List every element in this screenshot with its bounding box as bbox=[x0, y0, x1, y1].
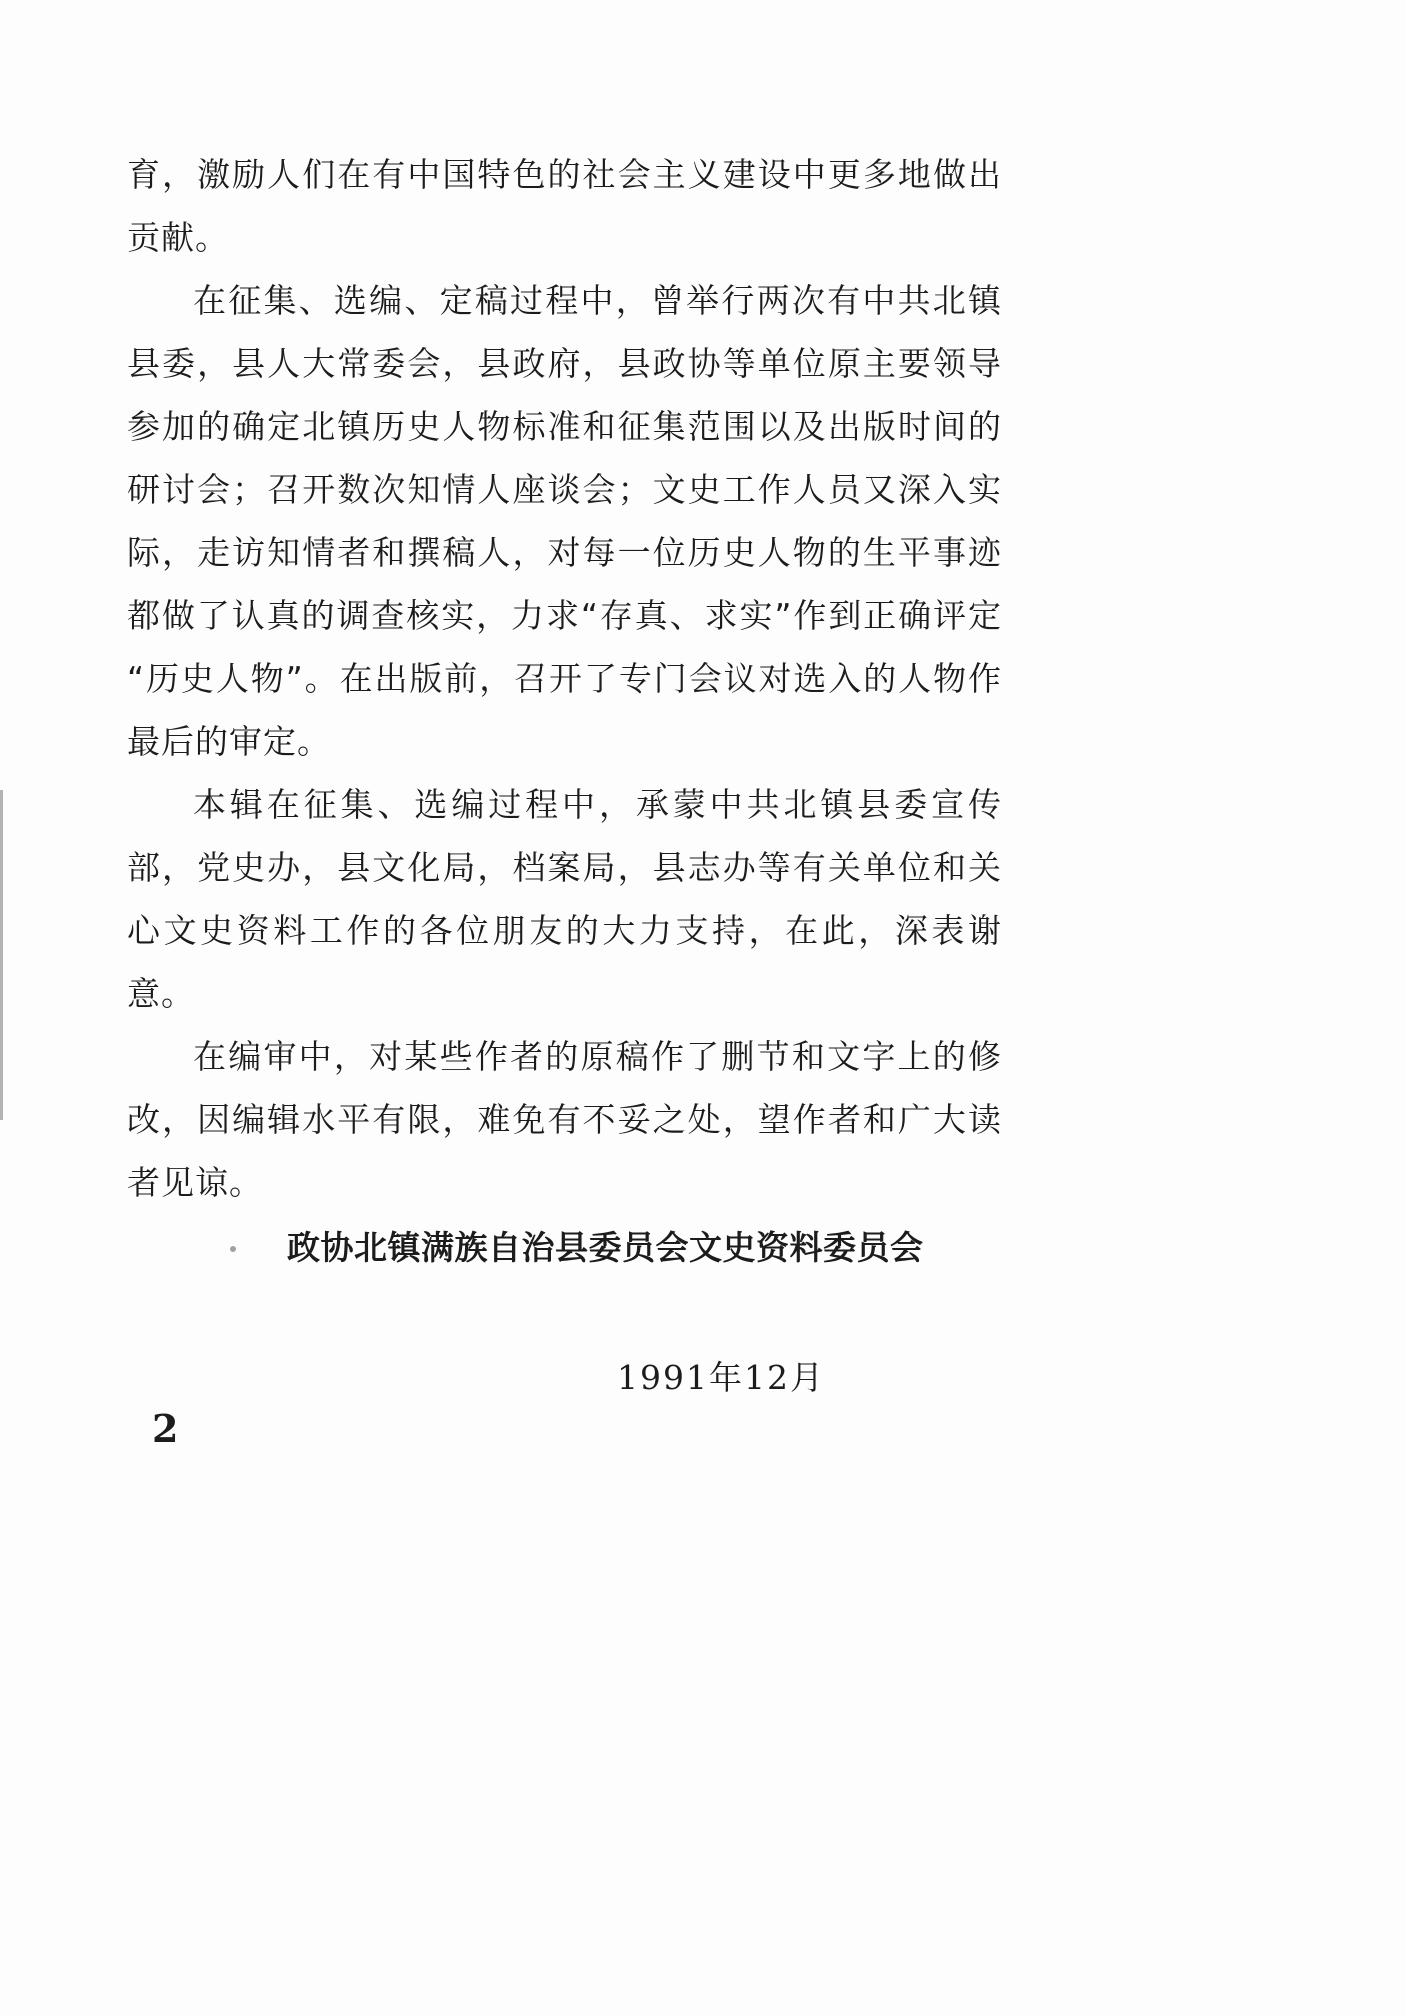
scanned-document-page: 育，激励人们在有中国特色的社会主义建设中更多地做出贡献。 在征集、选编、定稿过程… bbox=[0, 0, 1405, 2016]
paragraph-editing-process: 在征集、选编、定稿过程中，曾举行两次有中共北镇县委，县人大常委会，县政府，县政协… bbox=[127, 269, 1002, 773]
scan-edge-artifact bbox=[0, 790, 3, 1120]
scan-speck-artifact bbox=[230, 1246, 236, 1252]
body-text: 育，激励人们在有中国特色的社会主义建设中更多地做出贡献。 在征集、选编、定稿过程… bbox=[127, 143, 1002, 1214]
page-number: 2 bbox=[152, 1408, 178, 1450]
publication-date: 1991年12月 bbox=[617, 1358, 825, 1398]
paragraph-acknowledgements: 本辑在征集、选编过程中，承蒙中共北镇县委宣传部，党史办，县文化局，档案局，县志办… bbox=[127, 773, 1002, 1025]
paragraph-continuation: 育，激励人们在有中国特色的社会主义建设中更多地做出贡献。 bbox=[127, 143, 1002, 269]
paragraph-apology: 在编审中，对某些作者的原稿作了删节和文字上的修改，因编辑水平有限，难免有不妥之处… bbox=[127, 1025, 1002, 1214]
committee-signature: 政协北镇满族自治县委员会文史资料委员会 bbox=[287, 1228, 924, 1268]
